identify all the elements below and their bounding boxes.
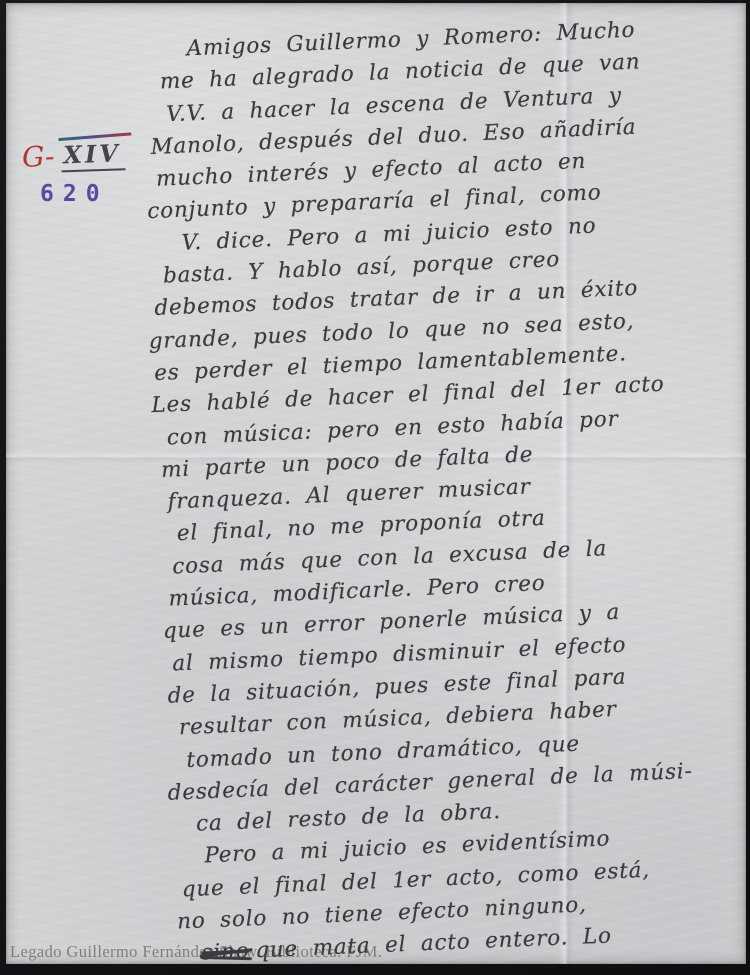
handwriting-lines: Amigos Guillermo y Romero: Muchome ha al… (148, 10, 750, 971)
archive-mark-group: G- XIV 620 (22, 139, 125, 207)
archive-signature-row: G- XIV (21, 137, 125, 174)
archive-roman-numeral: XIV (61, 138, 126, 172)
archive-letter-mark: G- (21, 140, 54, 174)
letter-scan: G- XIV 620 Legado Guillermo Fernández Sh… (0, 0, 750, 975)
crossed-out-word: sino (201, 936, 250, 970)
archive-number-stamp: 620 (40, 181, 125, 207)
letter-page: G- XIV 620 Legado Guillermo Fernández Sh… (6, 3, 746, 964)
